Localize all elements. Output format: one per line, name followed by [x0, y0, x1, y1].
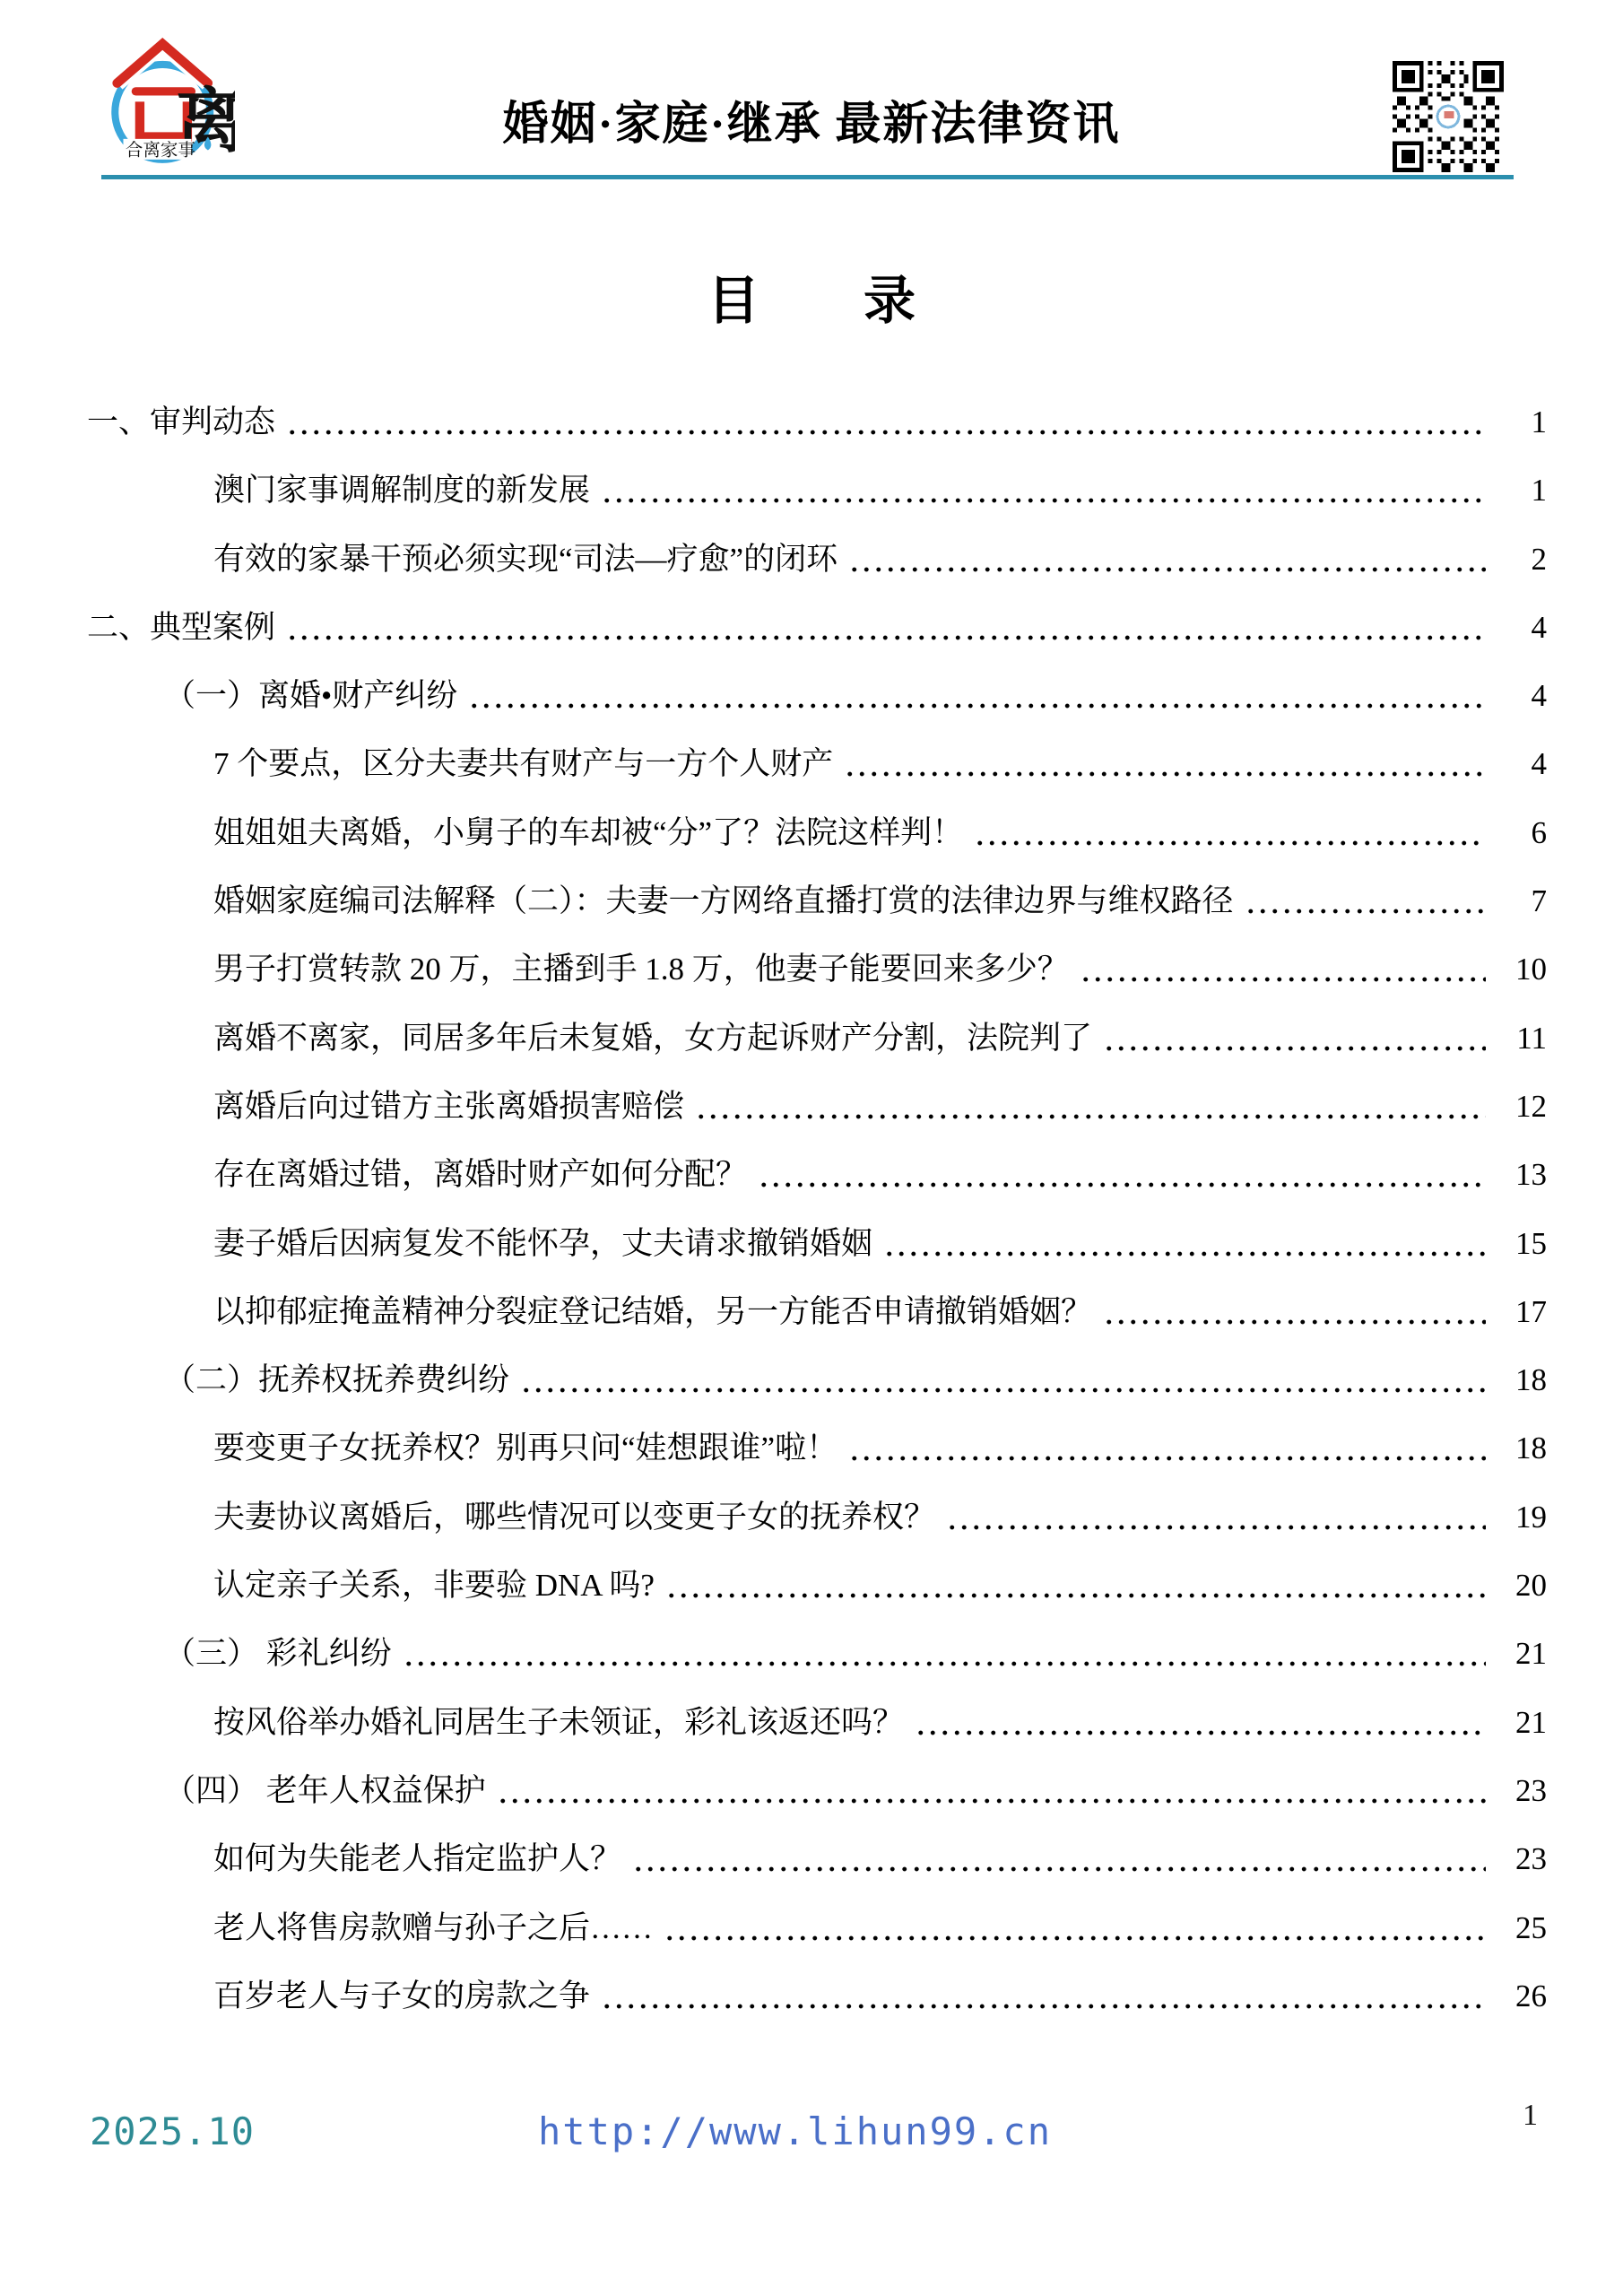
toc-entry-label: 老人将售房款赠与孙子之后……	[213, 1911, 653, 1945]
dot-leader	[286, 611, 1486, 645]
toc-entry: 男子打赏转款 20 万，主播到手 1.8 万，他妻子能要回来多少？10	[85, 952, 1547, 1021]
toc-entry: 以抑郁症掩盖精神分裂症登记结婚，另一方能否申请撤销婚姻？17	[85, 1295, 1547, 1363]
dot-leader	[1245, 884, 1486, 918]
dot-leader	[883, 1227, 1486, 1261]
toc-entry-label: 认定亲子关系，非要验 DNA 吗?	[213, 1569, 655, 1603]
toc-entry: 要变更子女抚养权？别再只问“娃想跟谁”啦！18	[85, 1431, 1547, 1500]
toc-entry-page: 17	[1495, 1295, 1547, 1329]
toc-entry-page: 23	[1495, 1774, 1547, 1808]
toc-entry: 澳门家事调解制度的新发展1	[85, 474, 1547, 542]
toc-entry-page: 4	[1495, 679, 1547, 713]
toc-entry-label: 如何为失能老人指定监护人？	[213, 1842, 621, 1876]
toc-entry-page: 15	[1495, 1227, 1547, 1261]
toc-title: 目 录	[0, 258, 1623, 334]
dot-leader	[520, 1363, 1486, 1397]
footer-website-link[interactable]: http://www.lihun99.cn	[538, 2109, 1052, 2153]
toc-entry-page: 2	[1495, 543, 1547, 577]
header-divider	[101, 175, 1514, 179]
toc-entry-page: 4	[1495, 611, 1547, 645]
toc-entry: 姐姐姐夫离婚，小舅子的车却被“分”了？法院这样判！6	[85, 816, 1547, 884]
toc-entry-label: 按风俗举办婚礼同居生子未领证，彩礼该返还吗？	[213, 1706, 904, 1740]
toc-entry: 百岁老人与子女的房款之争26	[85, 1979, 1547, 2048]
toc-entry-label: （三） 彩礼纠纷	[164, 1637, 392, 1671]
dot-leader	[601, 1979, 1486, 2013]
toc-entry-page: 20	[1495, 1569, 1547, 1603]
toc-entry-label: 离婚不离家，同居多年后未复婚，女方起诉财产分割，法院判了	[213, 1022, 1092, 1056]
toc-entry-page: 19	[1495, 1500, 1547, 1535]
dot-leader	[664, 1911, 1486, 1945]
toc-entry-label: 男子打赏转款 20 万，主播到手 1.8 万，他妻子能要回来多少？	[213, 952, 1069, 987]
toc-entry-label: 要变更子女抚养权？别再只问“娃想跟谁”啦！	[213, 1431, 838, 1465]
dot-leader	[848, 543, 1486, 577]
dot-leader	[497, 1774, 1486, 1808]
toc-entry: 有效的家暴干预必须实现“司法—疗愈”的闭环2	[85, 543, 1547, 611]
toc-entry-label: 7 个要点，区分夫妻共有财产与一方个人财产	[213, 747, 833, 781]
dot-leader	[665, 1569, 1486, 1603]
dot-leader	[286, 405, 1486, 439]
toc-entry-label: 澳门家事调解制度的新发展	[213, 474, 590, 508]
dot-leader	[1103, 1022, 1486, 1056]
dot-leader	[1080, 952, 1486, 987]
toc-entry-page: 6	[1495, 816, 1547, 850]
toc-entry-page: 21	[1495, 1637, 1547, 1671]
toc-entry: （一）离婚•财产纠纷4	[85, 679, 1547, 747]
toc-entry-page: 13	[1495, 1158, 1547, 1192]
dot-leader	[915, 1706, 1486, 1740]
dot-leader	[468, 679, 1486, 713]
toc-entry: 妻子婚后因病复发不能怀孕，丈夫请求撤销婚姻15	[85, 1227, 1547, 1295]
toc-entry-page: 1	[1495, 405, 1547, 439]
toc-entry-label: （四） 老年人权益保护	[164, 1774, 486, 1808]
qr-code-icon	[1393, 61, 1504, 172]
toc-entry-label: 有效的家暴干预必须实现“司法—疗愈”的闭环	[213, 543, 838, 577]
header-title: 婚姻·家庭·继承 最新法律资讯	[0, 86, 1623, 152]
toc-entry: 7 个要点，区分夫妻共有财产与一方个人财产4	[85, 747, 1547, 815]
toc-entry-label: （一）离婚•财产纠纷	[164, 679, 457, 713]
footer-page-number: 1	[1523, 2099, 1538, 2133]
dot-leader	[946, 1500, 1486, 1535]
toc-entry: 离婚后向过错方主张离婚损害赔偿12	[85, 1090, 1547, 1158]
dot-leader	[601, 474, 1486, 508]
toc-entry-label: 姐姐姐夫离婚，小舅子的车却被“分”了？法院这样判！	[213, 816, 963, 850]
dot-leader	[848, 1431, 1486, 1465]
toc-entry: （二）抚养权抚养费纠纷18	[85, 1363, 1547, 1431]
toc-entry-label: 妻子婚后因病复发不能怀孕，丈夫请求撤销婚姻	[213, 1227, 872, 1261]
dot-leader	[403, 1637, 1486, 1671]
toc-entry-label: 以抑郁症掩盖精神分裂症登记结婚，另一方能否申请撤销婚姻？	[213, 1295, 1092, 1329]
toc-entry-label: 存在离婚过错，离婚时财产如何分配？	[213, 1158, 747, 1192]
toc-entry-page: 26	[1495, 1979, 1547, 2013]
toc-entry: 夫妻协议离婚后，哪些情况可以变更子女的抚养权？19	[85, 1500, 1547, 1569]
toc-entry-label: 婚姻家庭编司法解释（二）：夫妻一方网络直播打赏的法律边界与维权路径	[213, 884, 1234, 918]
toc-entry-page: 11	[1495, 1022, 1547, 1056]
toc-entry-page: 25	[1495, 1911, 1547, 1945]
toc-entry: 离婚不离家，同居多年后未复婚，女方起诉财产分割，法院判了11	[85, 1022, 1547, 1090]
dot-leader	[844, 747, 1486, 781]
toc-entry-page: 12	[1495, 1090, 1547, 1124]
toc-entry-page: 21	[1495, 1706, 1547, 1740]
toc-list: 一、审判动态1澳门家事调解制度的新发展1有效的家暴干预必须实现“司法—疗愈”的闭…	[85, 405, 1547, 2048]
toc-entry: 如何为失能老人指定监护人？23	[85, 1842, 1547, 1910]
toc-entry-page: 18	[1495, 1431, 1547, 1465]
toc-entry: 老人将售房款赠与孙子之后……25	[85, 1911, 1547, 1979]
toc-entry-label: 夫妻协议离婚后，哪些情况可以变更子女的抚养权？	[213, 1500, 935, 1535]
toc-entry-page: 7	[1495, 884, 1547, 918]
dot-leader	[974, 816, 1486, 850]
toc-entry-page: 23	[1495, 1842, 1547, 1876]
toc-entry: 按风俗举办婚礼同居生子未领证，彩礼该返还吗？21	[85, 1706, 1547, 1774]
dot-leader	[1103, 1295, 1486, 1329]
toc-entry-label: 离婚后向过错方主张离婚损害赔偿	[213, 1090, 684, 1124]
toc-entry: 认定亲子关系，非要验 DNA 吗?20	[85, 1569, 1547, 1637]
toc-entry-label: 百岁老人与子女的房款之争	[213, 1979, 590, 2013]
toc-entry-page: 18	[1495, 1363, 1547, 1397]
toc-entry: 二、典型案例4	[85, 611, 1547, 679]
toc-entry-label: 二、典型案例	[87, 611, 275, 645]
toc-entry-label: （二）抚养权抚养费纠纷	[164, 1363, 509, 1397]
toc-entry-label: 一、审判动态	[87, 405, 275, 439]
toc-entry-page: 10	[1495, 952, 1547, 987]
toc-entry: 一、审判动态1	[85, 405, 1547, 474]
dot-leader	[695, 1090, 1486, 1124]
footer-issue-date: 2025.10	[90, 2109, 255, 2153]
dot-leader	[632, 1842, 1486, 1876]
document-page: 离 合离家事 婚姻·家庭·继承 最新法律资讯 目 录 一、审判动态1澳门家事调解…	[0, 0, 1623, 2296]
dot-leader	[758, 1158, 1486, 1192]
toc-entry: 婚姻家庭编司法解释（二）：夫妻一方网络直播打赏的法律边界与维权路径7	[85, 884, 1547, 952]
toc-entry-page: 4	[1495, 747, 1547, 781]
toc-entry: （三） 彩礼纠纷21	[85, 1637, 1547, 1705]
toc-entry-page: 1	[1495, 474, 1547, 508]
toc-entry: （四） 老年人权益保护23	[85, 1774, 1547, 1842]
toc-entry: 存在离婚过错，离婚时财产如何分配？13	[85, 1158, 1547, 1226]
